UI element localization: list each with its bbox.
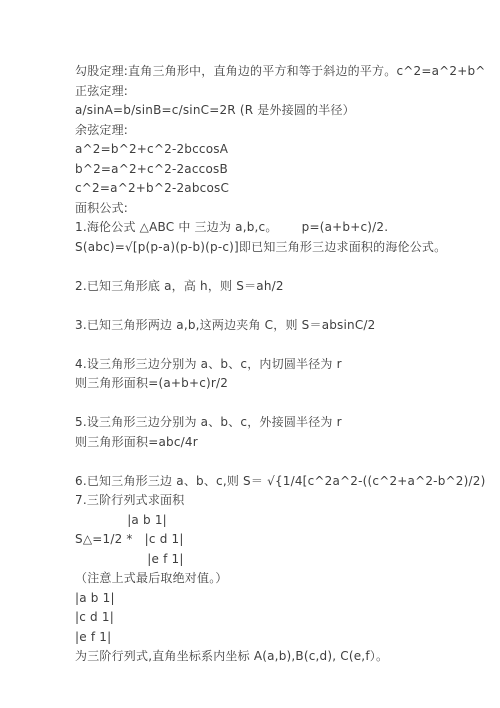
text-line: 为三阶行列式,直角坐标系内坐标 A(a,b),B(c,d), C(e,f）。: [75, 647, 485, 667]
text-line: a/sinA=b/sinB=c/sinC=2R (R 是外接圆的半径）: [75, 101, 485, 121]
text-line: a^2=b^2+c^2-2bccosA: [75, 140, 485, 160]
text-line: |c d 1|: [75, 608, 485, 628]
text-line: S(abc)=√[p(p-a)(p-b)(p-c)]即已知三角形三边求面积的海伦…: [75, 238, 485, 258]
text-line: c^2=a^2+b^2-2abcosC: [75, 179, 485, 199]
text-line: b^2=a^2+c^2-2accosB: [75, 160, 485, 180]
text-line: |a b 1|: [75, 589, 485, 609]
text-line: 正弦定理:: [75, 82, 485, 102]
text-line: 5.设三角形三边分别为 a、b、c，外接圆半径为 r: [75, 413, 485, 433]
text-line: 7.三阶行列式求面积: [75, 491, 485, 511]
text-line: 则三角形面积=abc/4r: [75, 433, 485, 453]
text-line: 6.已知三角形三边 a、b、c,则 S＝ √{1/4[c^2a^2-((c^2+…: [75, 472, 485, 492]
text-line: 面积公式:: [75, 199, 485, 219]
text-line: |e f 1|: [75, 628, 485, 648]
text-line: [75, 257, 485, 277]
text-line: |e f 1|: [75, 550, 485, 570]
text-line: 4.设三角形三边分别为 a、b、c，内切圆半径为 r: [75, 355, 485, 375]
text-line: |a b 1|: [75, 511, 485, 531]
document-body: 勾股定理:直角三角形中，直角边的平方和等于斜边的平方。c^2=a^2+b^2。正…: [75, 62, 485, 667]
text-line: 2.已知三角形底 a，高 h，则 S＝ah/2: [75, 277, 485, 297]
text-line: 余弦定理:: [75, 121, 485, 141]
text-line: [75, 296, 485, 316]
text-line: 则三角形面积=(a+b+c)r/2: [75, 374, 485, 394]
document-page: 勾股定理:直角三角形中，直角边的平方和等于斜边的平方。c^2=a^2+b^2。正…: [0, 0, 500, 708]
text-line: [75, 452, 485, 472]
text-line: （注意上式最后取绝对值。）: [75, 569, 485, 589]
text-line: [75, 394, 485, 414]
text-line: 1.海伦公式 △ABC 中 三边为 a,b,c。 p=(a+b+c)/2.: [75, 218, 485, 238]
text-line: 3.已知三角形两边 a,b,这两边夹角 C，则 S＝absinC/2: [75, 316, 485, 336]
text-line: 勾股定理:直角三角形中，直角边的平方和等于斜边的平方。c^2=a^2+b^2。: [75, 62, 485, 82]
text-line: S△=1/2 * |c d 1|: [75, 530, 485, 550]
text-line: [75, 335, 485, 355]
